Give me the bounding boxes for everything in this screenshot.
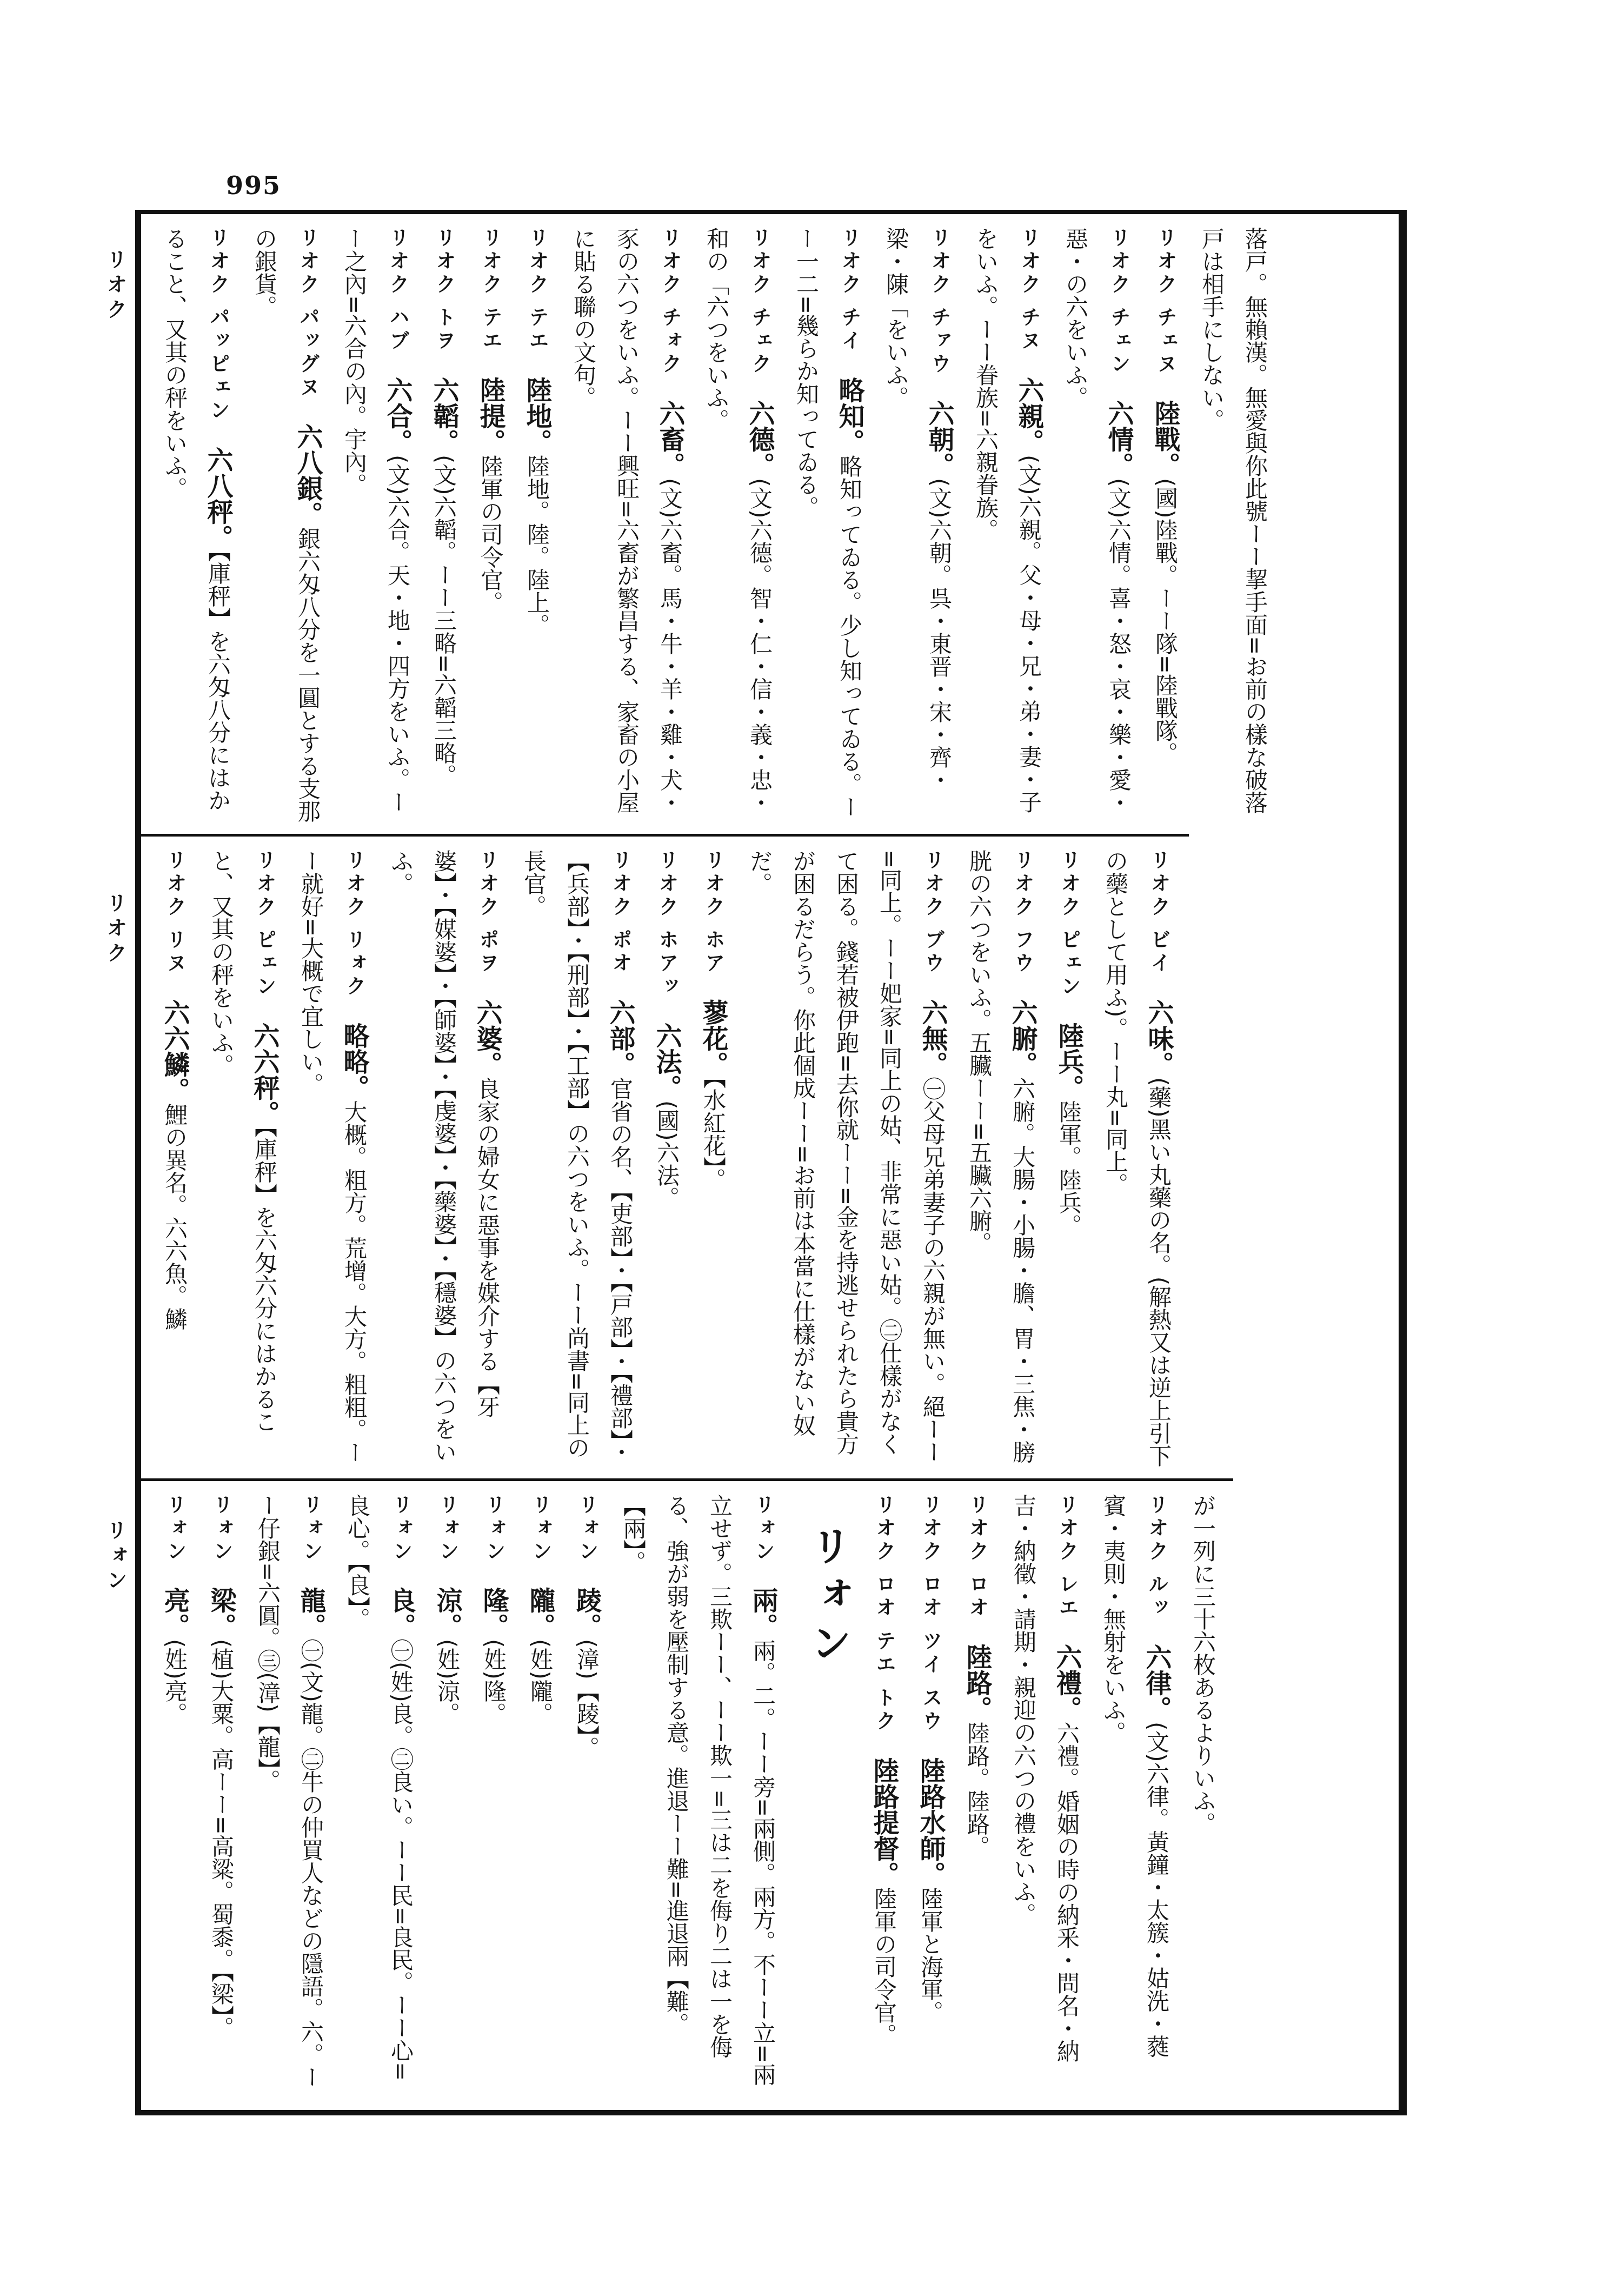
entry-headword: 六婆。: [472, 999, 502, 1077]
dictionary-entry: リオク パッピェン 六八秤。【庫秤】を六匁八分にはかること、又其の秤をいふ。: [153, 227, 240, 823]
entry-headword: 陸兵。: [1054, 1023, 1084, 1100]
dictionary-entry: リオク ホアッ 六法。(國)六法。: [645, 850, 688, 1468]
entry-headword: 陸戰。: [1150, 400, 1180, 478]
entry-headword: 六畜。: [655, 400, 685, 478]
entry-headword: 陸提。: [475, 377, 505, 455]
entry-headword: 踜。: [571, 1587, 602, 1639]
entry-reading: リオク ロオ ツイ スウ: [919, 1494, 942, 1757]
dictionary-page: 995 リオクリオクリォン 落戸。無賴漢。無愛與你此號ーー挈手面=お前の樣な破落…: [0, 0, 1623, 2296]
dictionary-entry: リオク テエ 陸提。陸軍の司令官。: [469, 227, 512, 823]
entry-headword: 良。: [385, 1587, 416, 1639]
entry-headword: 龍。: [296, 1587, 326, 1639]
dictionary-entry: リォン 梁。(植)大粟。高ーー=高粱。蜀黍。【梁】。: [199, 1494, 243, 2097]
dictionary-entry: が一列に三十六枚あるよりいふ。: [1181, 1494, 1225, 2097]
entry-body: (姓)涼。: [434, 1639, 461, 1725]
entry-reading: リォン: [482, 1494, 505, 1587]
dictionary-entry: リォン 龍。㊀(文)龍。㊁牛の仲買人などの隱語。六。ーー仔銀=六圓。㊂(漳)【龍…: [246, 1494, 332, 2097]
entry-body: ㊀父母兄弟妻子の六親が無い。絕ーー=同上。ーー妑家=同上の姑、非常に惡い姑。㊁仕…: [747, 850, 946, 1463]
entry-reading: リオク チヌ: [1017, 227, 1041, 377]
entry-reading: リオク チォク: [658, 227, 682, 400]
entry-body: (姓)隆。: [481, 1639, 507, 1725]
dictionary-entry: リオク チェヌ 陸戰。(國)陸戰。ーー隊=陸戰隊。: [1143, 227, 1187, 823]
margin-label: リオク: [101, 249, 130, 323]
dictionary-entry: リオク ポオ 六部。官省の名、【吏部】・【戸部】・【禮部】・【兵部】・【刑部】・…: [512, 850, 642, 1468]
band-middle: リオク ビイ 六味。(藥)黑い丸藥の名。(解熱又は逆上引下の藥として用ふ)。ーー…: [141, 834, 1189, 1478]
entry-reading: リオク チェン: [1107, 227, 1130, 400]
dictionary-entry: リオク ルッ 六律。(文)六律。黃鐘・太簇・姑洗・蕤賓・夷則・無射をいふ。: [1092, 1494, 1178, 2097]
entry-headword: 略略。: [339, 1023, 369, 1100]
dictionary-entry: 落戸。無賴漢。無愛與你此號ーー挈手面=お前の樣な破落戸は相手にしない。: [1190, 227, 1276, 823]
entry-reading: リオク テエ: [479, 227, 502, 377]
entry-reading: リォン: [436, 1494, 459, 1587]
dictionary-entry: リォン 良。㊀(姓)良。㊁良い。ーー民=良民。ーー心=良心。【良】。: [336, 1494, 422, 2097]
entry-reading: リオク ハブ: [386, 227, 409, 377]
entry-reading: リオク トヲ: [433, 227, 456, 377]
content-box: 落戸。無賴漢。無愛與你此號ーー挈手面=お前の樣な破落戸は相手にしない。リオク チ…: [135, 210, 1407, 2115]
entry-body: 陸軍と海軍。: [917, 1887, 944, 2023]
dictionary-entry: リオク ポヲ 六婆。良家の婦女に惡事を媒介する【牙婆】・【媒婆】・【師婆】・【虔…: [379, 850, 509, 1468]
entry-reading: リォン: [210, 1494, 233, 1587]
dictionary-entry: リオク ビイ 六味。(藥)黑い丸藥の名。(解熱又は逆上引下の藥として用ふ)。ーー…: [1094, 850, 1180, 1468]
entry-reading: リオク フウ: [1011, 850, 1034, 999]
entry-headword: 六無。: [917, 999, 948, 1077]
entry-reading: リオク リォク: [343, 850, 366, 1023]
dictionary-entry: リオク チェン 六情。(文)六情。喜・怒・哀・樂・愛・惡・の六をいふ。: [1054, 227, 1140, 823]
entry-reading: リォン: [389, 1494, 413, 1587]
margin-label: リォン: [101, 1519, 130, 1594]
entry-headword: 陸路提督。: [869, 1757, 899, 1887]
dictionary-entry: リォン 亮。(姓)亮。: [153, 1494, 196, 2097]
dictionary-entry: リオク チォク 六畜。(文)六畜。馬・牛・羊・雞・犬・豕の六つをいふ。ーー興旺=…: [562, 227, 691, 823]
entry-reading: リオク ロオ: [966, 1494, 989, 1644]
dictionary-entry: リオク パッグヌ 六八銀。銀六匁八分を一圓とする支那の銀貨。: [243, 227, 329, 823]
entry-body: 鯉の異名。六六魚。鱗: [162, 1103, 188, 1330]
dictionary-entry: リオク ロオ ツイ スウ 陸路水師。陸軍と海軍。: [909, 1494, 952, 2097]
entry-reading: リオク ポヲ: [476, 850, 499, 999]
entry-reading: リオク パッピェン: [207, 227, 230, 447]
entry-reading: リオク ピェン: [1057, 850, 1081, 1023]
entry-headword: 亮。: [159, 1587, 190, 1639]
entry-body: (國)陸戰。ーー隊=陸戰隊。: [1152, 478, 1179, 765]
entry-headword: 六法。: [651, 1023, 682, 1100]
entry-reading: リオク パッグヌ: [296, 227, 320, 423]
band-top: 落戸。無賴漢。無愛與你此號ーー挈手面=お前の樣な破落戸は相手にしない。リオク チ…: [141, 214, 1285, 834]
entry-headword: 涼。: [432, 1587, 462, 1639]
dictionary-entry: リオク リォク 略略。大概。粗方。荒增。大方。粗粗。ーー就好=大概で宜しい。: [289, 850, 376, 1468]
entry-body: (姓)隴。: [527, 1639, 554, 1725]
margin-label: リオク: [101, 892, 130, 967]
entry-body: 陸地。陸。陸上。: [524, 455, 550, 636]
entry-headword: 六親。: [1014, 377, 1044, 455]
entry-reading: リオク ピェン: [253, 850, 276, 1023]
entry-body: (植)大粟。高ーー=高粱。蜀黍。【梁】。: [208, 1639, 235, 2039]
entry-headword: 隴。: [525, 1587, 555, 1639]
entry-headword: 六情。: [1103, 400, 1134, 478]
dictionary-entry: リオク チヌ 六親。(文)六親。父・母・兄・弟・妻・子をいふ。ーー眷族=六親眷族…: [964, 227, 1050, 823]
entry-reading: リオク ホア: [702, 850, 725, 999]
entry-reading: リオク チェヌ: [1154, 227, 1177, 400]
entry-reading: リォン: [163, 1494, 187, 1587]
dictionary-entry: リオク ブウ 六無。㊀父母兄弟妻子の六親が無い。絕ーー=同上。ーー妑家=同上の姑…: [738, 850, 954, 1468]
band-bottom: が一列に三十六枚あるよりいふ。リオク ルッ 六律。(文)六律。黃鐘・太簇・姑洗・…: [141, 1478, 1233, 2108]
entry-headword: 陸路。: [962, 1644, 992, 1722]
entry-reading: リオク ロオ テエ トク: [873, 1494, 896, 1757]
entry-headword: 六八秤。: [203, 447, 233, 550]
entry-headword: 六腑。: [1007, 999, 1037, 1077]
entry-headword: 陸路水師。: [915, 1757, 946, 1887]
entry-headword: 略知。: [834, 377, 864, 455]
entry-headword: 六律。: [1141, 1644, 1172, 1722]
entry-body: (姓)亮。: [162, 1639, 188, 1725]
entry-body: (國)六法。: [654, 1100, 680, 1209]
entry-headword: 梁。: [206, 1587, 236, 1639]
entry-reading: リォン: [529, 1494, 552, 1587]
entry-headword: 六合。: [382, 377, 413, 455]
dictionary-entry: リォン 涼。(姓)涼。: [425, 1494, 469, 2097]
entry-headword: 六部。: [605, 999, 635, 1077]
entry-reading: リォン: [575, 1494, 598, 1587]
entry-headword: 六禮。: [1052, 1644, 1082, 1722]
entry-body: 陸路。陸路。: [964, 1722, 990, 1858]
page-number: 995: [226, 171, 281, 200]
entry-reading: リオク レエ: [1055, 1494, 1079, 1644]
section-header: リォン: [806, 1494, 849, 2097]
entry-body: が一列に三十六枚あるよりいふ。: [1190, 1494, 1216, 1835]
entry-body: 【水紅花】。: [700, 1077, 727, 1191]
entry-headword: 蓼花。: [698, 999, 728, 1077]
entry-headword: 六韜。: [429, 377, 459, 455]
entry-reading: リオク ルッ: [1145, 1494, 1168, 1644]
entry-headword: 兩。: [748, 1587, 778, 1639]
dictionary-entry: リオク テエ 陸地。陸地。陸。陸上。: [515, 227, 558, 823]
entry-headword: 六德。: [744, 400, 775, 478]
dictionary-entry: リオク ホア 蓼花。【水紅花】。: [691, 850, 735, 1468]
entry-headword: 六八銀。: [292, 423, 323, 527]
dictionary-entry: リオク チァウ 六朝。(文)六朝。呉・東晋・宋・齊・梁・陳「をいふ。: [874, 227, 961, 823]
dictionary-entry: リオク ピェン 陸兵。陸軍。陸兵。: [1047, 850, 1090, 1468]
dictionary-entry: リオク チェク 六德。(文)六德。智・仁・信・義・忠・和の「六つをいふ。: [695, 227, 781, 823]
dictionary-entry: リオク フウ 六腑。六腑。大腸・小腸・膽、胃・三焦・膀胱の六つをいふ。五臟ーー=…: [957, 850, 1044, 1468]
entry-reading: リオク チェク: [748, 227, 771, 400]
entry-body: 陸軍の司令官。: [871, 1887, 897, 2046]
dictionary-entry: リォン 兩。兩。二。ーー旁=兩側。兩方。不ーー立=兩立せず。三欺ーー、ーー欺一=…: [611, 1494, 784, 2097]
entry-headword: 陸地。: [522, 377, 552, 455]
dictionary-entry: リオク ロオ 陸路。陸路。陸路。: [955, 1494, 999, 2097]
entry-reading: リオク チイ: [838, 227, 861, 377]
entry-body: 落戸。無賴漢。無愛與你此號ーー挈手面=お前の樣な破落戸は相手にしない。: [1199, 227, 1268, 814]
entry-reading: リオク テエ: [526, 227, 549, 377]
entry-body: (漳)【踜】。: [574, 1639, 600, 1759]
dictionary-entry: リオク レエ 六禮。六禮。婚姻の時の納釆・問名・納吉・納徵・請期・親迎の六つの禮…: [1002, 1494, 1088, 2097]
entry-headword: 隆。: [478, 1587, 509, 1639]
dictionary-entry: リオク トヲ 六韜。(文)六韜。ーー三略=六韜三略。: [422, 227, 465, 823]
entry-reading: リオク ポオ: [609, 850, 632, 999]
entry-reading: リォン: [300, 1494, 323, 1587]
dictionary-entry: リォン 隆。(姓)隆。: [472, 1494, 515, 2097]
entry-reading: リオク ブウ: [921, 850, 944, 999]
entry-headword: 六朝。: [924, 400, 954, 478]
entry-reading: リオク リヌ: [163, 850, 187, 999]
entry-reading: リォン: [751, 1494, 775, 1587]
entry-headword: 六六秤。: [249, 1023, 280, 1126]
dictionary-entry: リオク ハブ 六合。(文)六合。天・地・四方をいふ。ーー之內=六合の內。宇內。: [332, 227, 419, 823]
dictionary-entry: リオク ピェン 六六秤。【庫秤】を六匁六分にはかること、又其の秤をいふ。: [199, 850, 286, 1468]
dictionary-entry: リオク チイ 略知。略知ってゐる。少し知ってゐる。ーー一二=幾らか知ってゐる。: [784, 227, 871, 823]
entry-reading: リオク ホアッ: [655, 850, 679, 1023]
entry-body: 陸軍の司令官。: [477, 455, 504, 614]
entry-body: 陸軍。陸兵。: [1056, 1100, 1082, 1237]
dictionary-entry: リォン 隴。(姓)隴。: [518, 1494, 562, 2097]
entry-headword: 六六鱗。: [159, 999, 190, 1103]
entry-reading: リオク チァウ: [928, 227, 951, 400]
dictionary-entry: リオク ロオ テエ トク 陸路提督。陸軍の司令官。: [862, 1494, 906, 2097]
dictionary-entry: リオク リヌ 六六鱗。鯉の異名。六六魚。鱗: [153, 850, 196, 1468]
entry-body: (文)六韜。ーー三略=六韜三略。: [431, 455, 457, 787]
entry-reading: リオク ビイ: [1147, 850, 1170, 999]
entry-headword: 六味。: [1143, 999, 1174, 1077]
dictionary-entry: リォン 踜。(漳)【踜】。: [565, 1494, 608, 2097]
